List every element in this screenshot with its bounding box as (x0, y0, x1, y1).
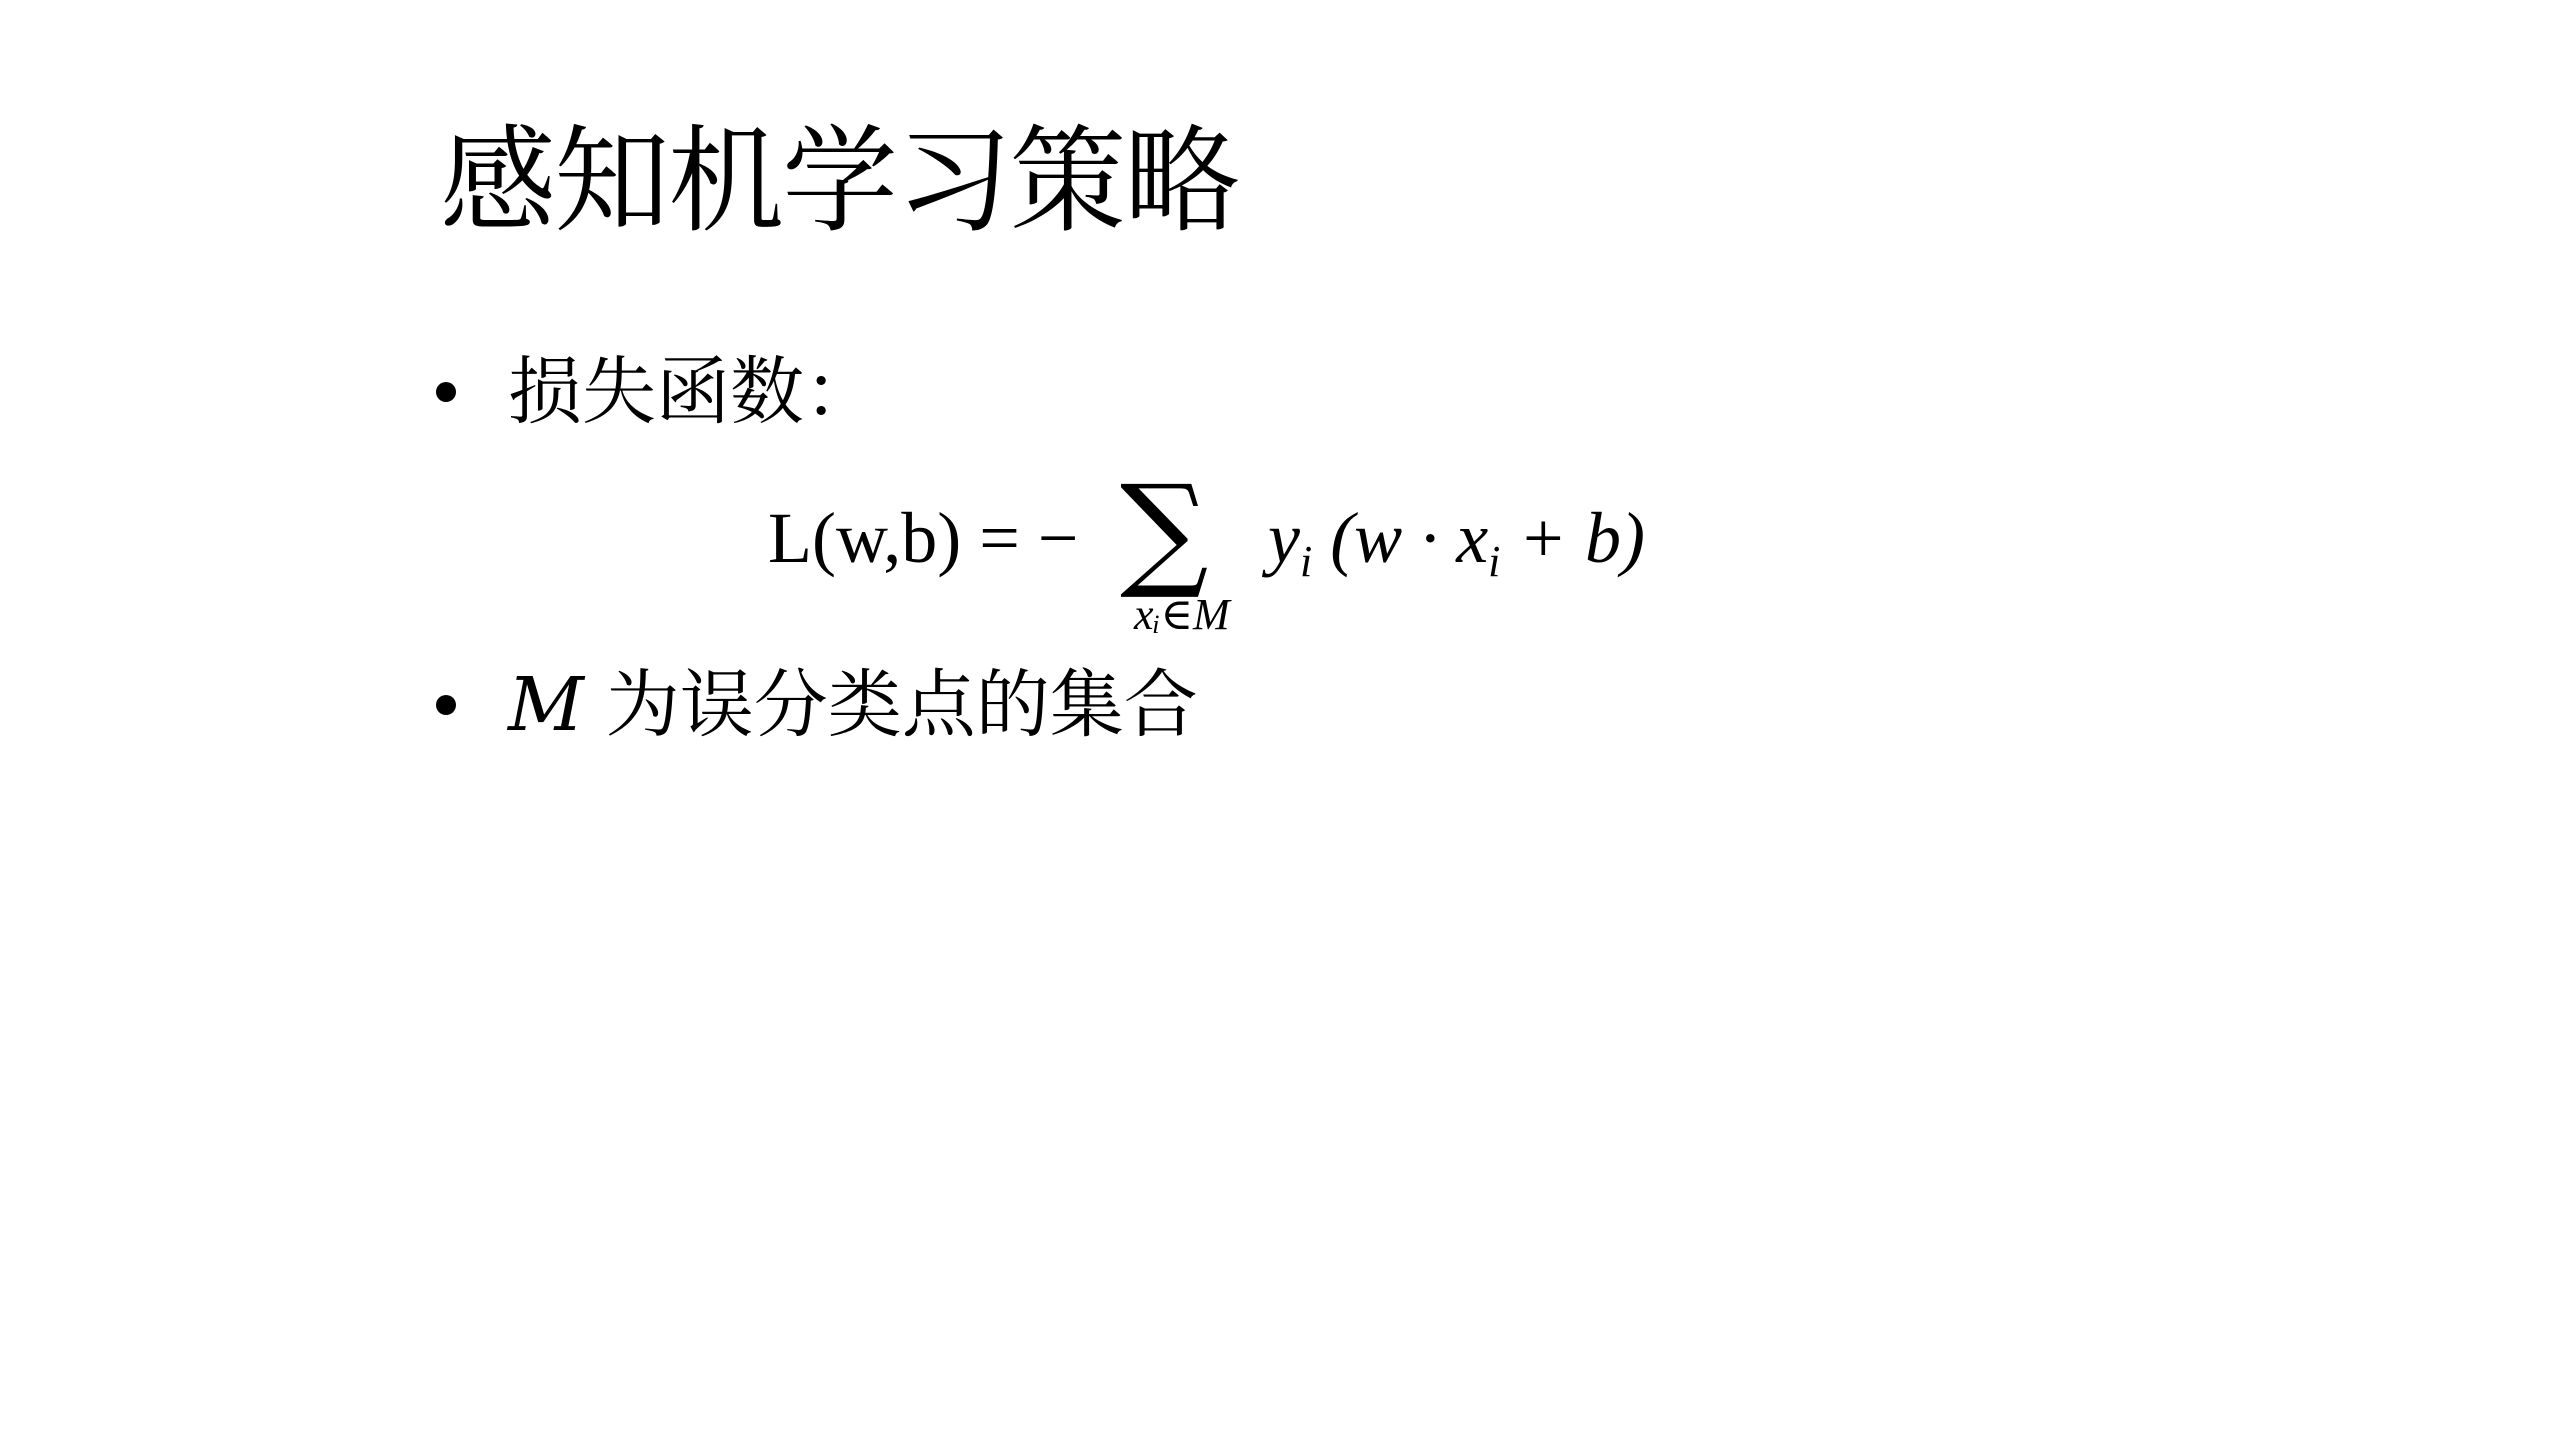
formula-y-sub: i (1300, 537, 1312, 586)
bullet-item-loss-function: 损失函数： (436, 347, 878, 437)
sum-subscript: xᵢ∈M (1134, 590, 1230, 640)
formula-tail: + b) (1500, 498, 1645, 578)
bullet-icon (436, 382, 456, 402)
bullet-item-misclassified-set: M为误分类点的集合 (436, 660, 1198, 750)
slide-title: 感知机学习策略 (440, 112, 1238, 252)
bullet-text: 损失函数： (508, 347, 878, 437)
math-symbol-m: M (508, 662, 584, 748)
bullet-text: M为误分类点的集合 (508, 660, 1198, 750)
bullet-icon (436, 695, 456, 715)
formula-body: yi (w · xi + b) (1268, 498, 1645, 602)
bullet-description: 为误分类点的集合 (606, 662, 1198, 748)
formula-paren-part: (w · x (1330, 498, 1488, 578)
formula-lhs: L(w,b) = − (768, 498, 1078, 578)
sigma-icon: ∑ (1120, 476, 1209, 586)
formula-x-sub: i (1488, 537, 1500, 586)
formula-y: y (1268, 498, 1300, 578)
